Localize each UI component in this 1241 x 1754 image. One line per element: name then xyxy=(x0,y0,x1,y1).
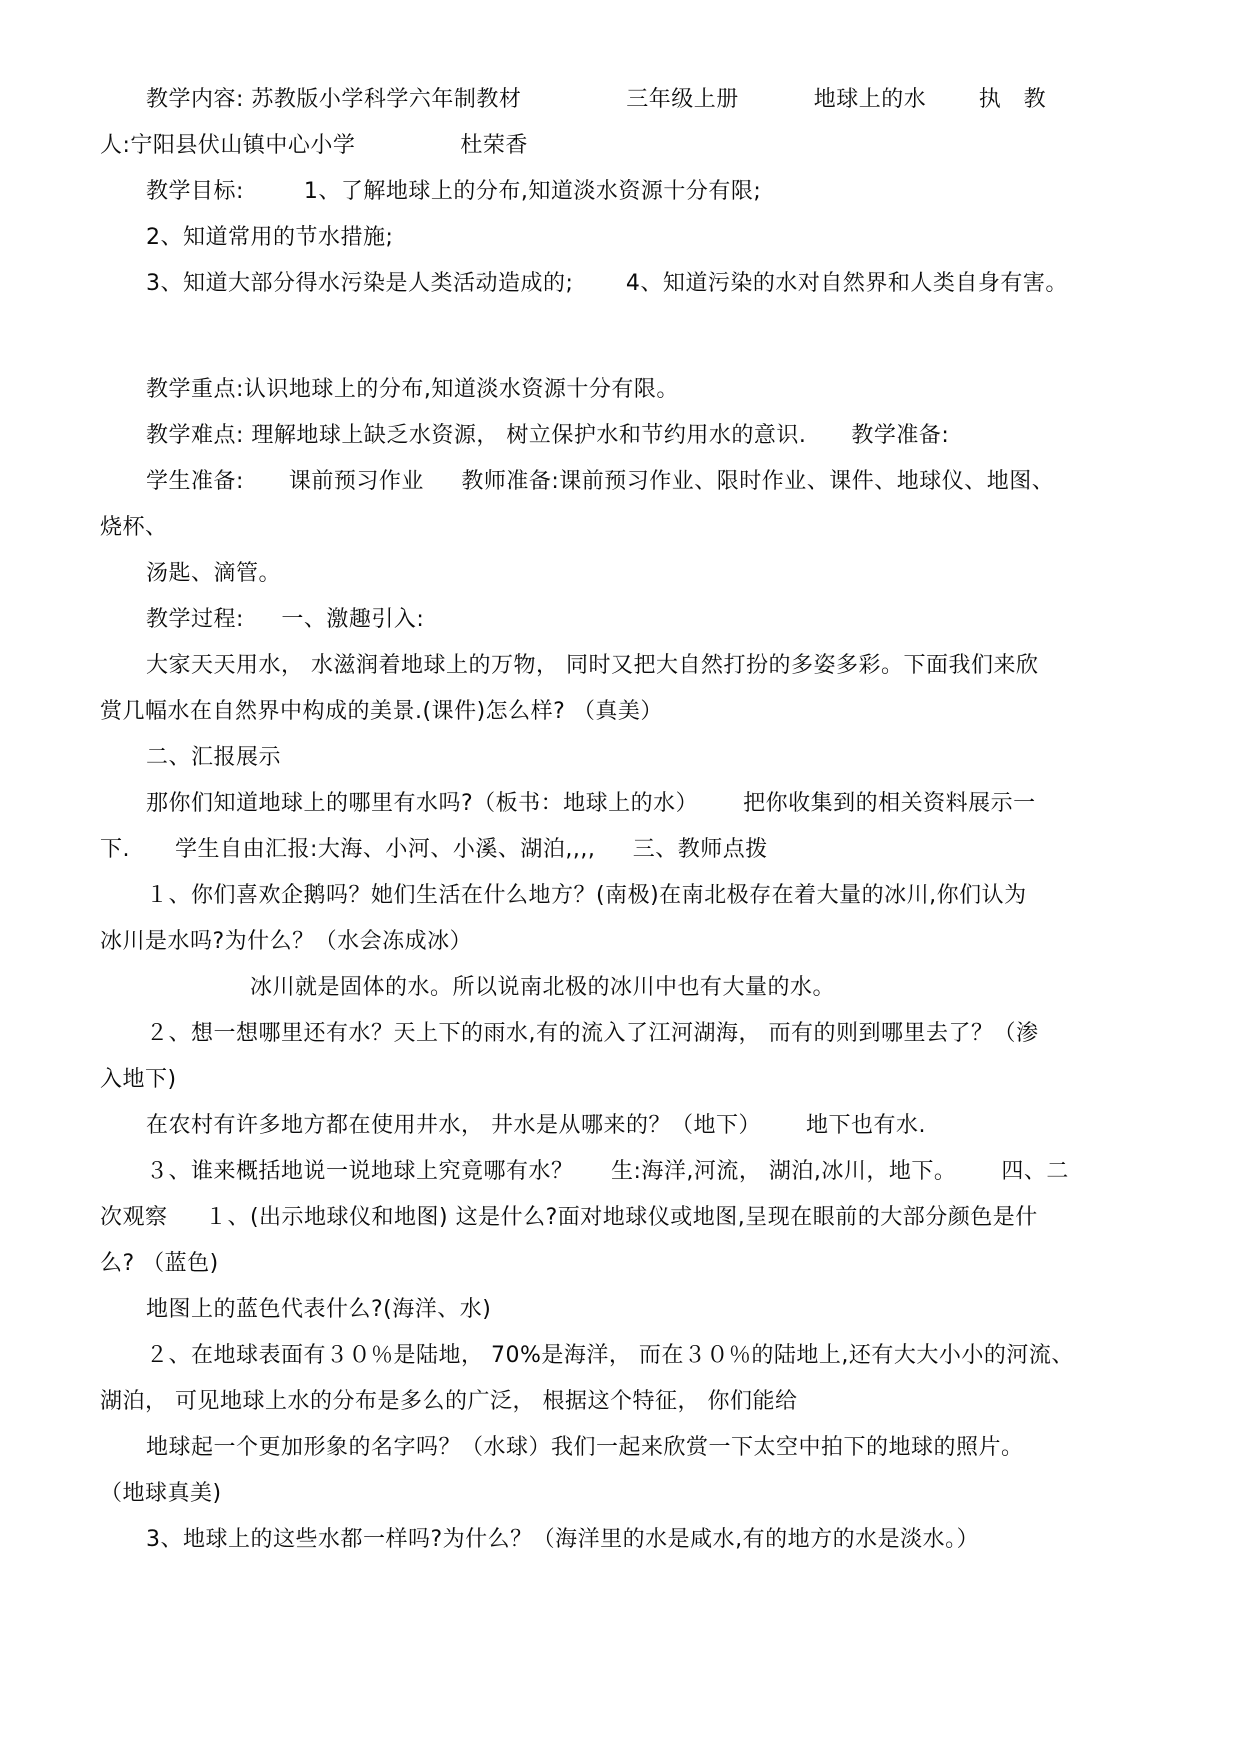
doc-line-process: 教学过程: 一、激趣引入: xyxy=(100,597,1156,643)
doc-line-preparation: 学生准备: 课前预习作业 教师准备:课前预习作业、限时作业、课件、地球仪、地图、 xyxy=(100,459,1156,505)
paragraph-spacer xyxy=(100,307,1156,367)
doc-line: 赏几幅水在自然界中构成的美景.(课件)怎么样? （真美） xyxy=(100,689,1156,735)
doc-line: 冰川就是固体的水。所以说南北极的冰川中也有大量的水。 xyxy=(100,965,1156,1011)
doc-line: 在农村有许多地方都在使用井水， 井水是从哪来的？（地下） 地下也有水. xyxy=(100,1103,1156,1149)
doc-line: 湖泊， 可见地球上水的分布是多么的广泛， 根据这个特征， 你们能给 xyxy=(100,1379,1156,1425)
doc-line: 那你们知道地球上的哪里有水吗?（板书：地球上的水） 把你收集到的相关资料展示一 xyxy=(100,781,1156,827)
doc-line: 烧杯、 xyxy=(100,505,1156,551)
doc-line: 3、知道大部分得水污染是人类活动造成的; 4、知道污染的水对自然界和人类自身有害… xyxy=(100,261,1156,307)
doc-line: ２、在地球表面有３０％是陆地， 70%是海洋， 而在３０％的陆地上,还有大大小小… xyxy=(100,1333,1156,1379)
doc-line-teacher-name: 人:宁阳县伏山镇中心小学 杜荣香 xyxy=(100,123,1156,169)
doc-line: 下. 学生自由汇报:大海、小河、小溪、湖泊,,,, 三、教师点拨 xyxy=(100,827,1156,873)
doc-line: 2、知道常用的节水措施; xyxy=(100,215,1156,261)
doc-line: 3、地球上的这些水都一样吗?为什么？（海洋里的水是咸水,有的地方的水是淡水。） xyxy=(100,1517,1156,1563)
doc-line: 汤匙、滴管。 xyxy=(100,551,1156,597)
doc-line: ２、想一想哪里还有水？天上下的雨水,有的流入了江河湖海， 而有的则到哪里去了？（… xyxy=(100,1011,1156,1057)
doc-line: 么? （蓝色) xyxy=(100,1241,1156,1287)
doc-line: 冰川是水吗?为什么？（水会冻成冰） xyxy=(100,919,1156,965)
doc-line: ３、谁来概括地说一说地球上究竟哪有水？ 生:海洋,河流， 湖泊,冰川，地下。 四… xyxy=(100,1149,1156,1195)
doc-line: 地球起一个更加形象的名字吗？（水球）我们一起来欣赏一下太空中拍下的地球的照片。 xyxy=(100,1425,1156,1471)
doc-line-key-points: 教学重点:认识地球上的分布,知道淡水资源十分有限。 xyxy=(100,367,1156,413)
doc-line: １、你们喜欢企鹅吗？她们生活在什么地方？(南极)在南北极存在着大量的冰川,你们认… xyxy=(100,873,1156,919)
doc-line: 入地下) xyxy=(100,1057,1156,1103)
doc-line: （地球真美) xyxy=(100,1471,1156,1517)
doc-line: 地图上的蓝色代表什么?(海洋、水) xyxy=(100,1287,1156,1333)
doc-line-objectives: 教学目标: 1、了解地球上的分布,知道淡水资源十分有限; xyxy=(100,169,1156,215)
doc-line-teaching-content: 教学内容: 苏教版小学科学六年制教材 三年级上册 地球上的水 执 教 xyxy=(100,77,1156,123)
doc-line-difficulties: 教学难点: 理解地球上缺乏水资源， 树立保护水和节约用水的意识. 教学准备: xyxy=(100,413,1156,459)
doc-line-section-2: 二、汇报展示 xyxy=(100,735,1156,781)
document-page: 教学内容: 苏教版小学科学六年制教材 三年级上册 地球上的水 执 教 人:宁阳县… xyxy=(0,0,1241,1754)
doc-line: 大家天天用水， 水滋润着地球上的万物， 同时又把大自然打扮的多姿多彩。下面我们来… xyxy=(100,643,1156,689)
doc-line: 次观察 １、(出示地球仪和地图) 这是什么?面对地球仪或地图,呈现在眼前的大部分… xyxy=(100,1195,1156,1241)
